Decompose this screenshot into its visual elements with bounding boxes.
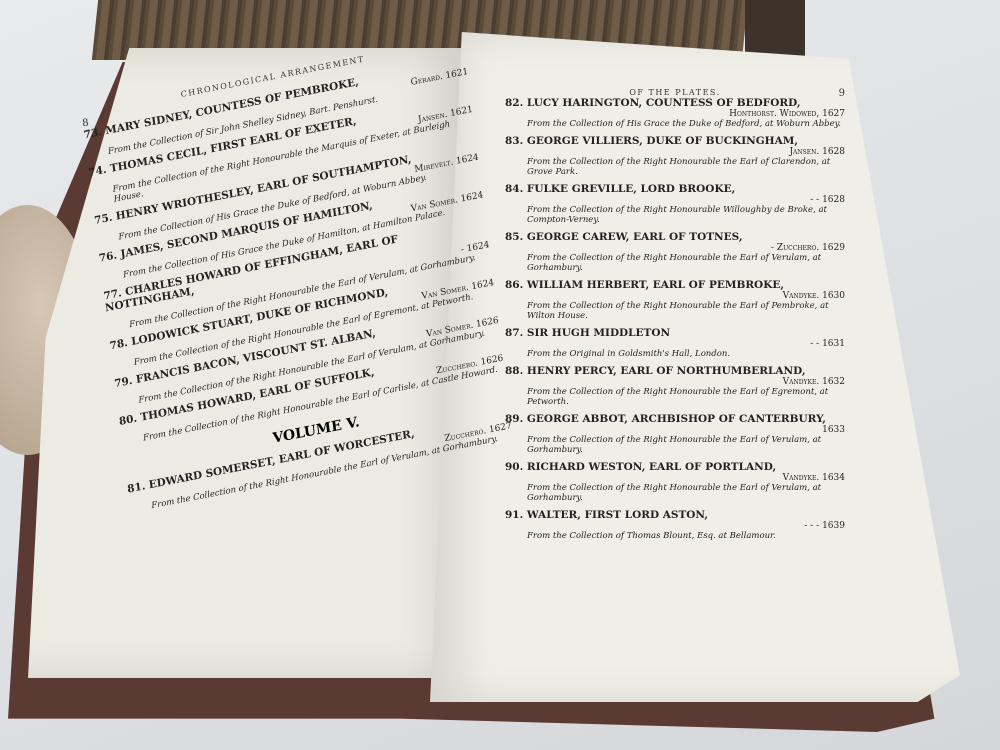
plate-entry: 91. Walter, First Lord Aston,- - - 1639F… (505, 509, 845, 541)
entry-artist-year: - - 1631 (810, 339, 845, 349)
entry-artist-year: - Zucchero. 1629 (771, 243, 845, 253)
plate-entry: 89. George Abbot, Archbishop of Canterbu… (505, 413, 845, 455)
entry-source: From the Collection of the Right Honoura… (505, 157, 845, 177)
entry-title: 86. William Herbert, Earl of Pembroke, (505, 279, 845, 291)
entry-source: From the Collection of the Right Honoura… (505, 387, 845, 407)
entry-title: 90. Richard Weston, Earl of Portland, (505, 461, 845, 473)
plate-entry: 82. Lucy Harington, Countess of Bedford,… (505, 97, 845, 129)
right-page-text: Of the Plates. 9 82. Lucy Harington, Cou… (505, 88, 845, 547)
entry-artist-year: Honthorst. Widowed, 1627 (729, 109, 845, 119)
page-number: 9 (839, 88, 845, 99)
entry-artist-year: - - 1628 (810, 195, 845, 205)
entry-artist-year: 1633 (822, 425, 845, 435)
entry-source: From the Collection of the Right Honoura… (505, 435, 845, 455)
entry-title: 91. Walter, First Lord Aston, (505, 509, 845, 521)
entry-title: 87. Sir Hugh Middleton (505, 327, 845, 339)
plate-entry: 83. George Villiers, Duke of Buckingham,… (505, 135, 845, 177)
plate-entry: 90. Richard Weston, Earl of Portland,Van… (505, 461, 845, 503)
entry-source: From the Collection of the Right Honoura… (505, 205, 845, 225)
left-page-text: Chronological Arrangement 8 73. Mary Sid… (81, 35, 532, 667)
entry-artist-year: - - - 1639 (804, 521, 845, 531)
plate-entry: 85. George Carew, Earl of Totnes,- Zucch… (505, 231, 845, 273)
plate-entry: 86. William Herbert, Earl of Pembroke,Va… (505, 279, 845, 321)
entry-source: From the Collection of the Right Honoura… (505, 301, 845, 321)
entry-title: 84. Fulke Greville, Lord Brooke, (505, 183, 845, 195)
running-head: Of the Plates. (505, 88, 845, 97)
entry-source: From the Collection of the Right Honoura… (505, 483, 845, 503)
entry-source: From the Collection of Thomas Blount, Es… (505, 531, 845, 541)
plate-entry: 88. Henry Percy, Earl of Northumberland,… (505, 365, 845, 407)
entry-title: 82. Lucy Harington, Countess of Bedford, (505, 97, 845, 109)
entry-artist-year: Vandyke. 1634 (783, 473, 845, 483)
plate-entry: 84. Fulke Greville, Lord Brooke,- - 1628… (505, 183, 845, 225)
entry-artist-year: Vandyke. 1632 (783, 377, 845, 387)
entry-artist-year: Vandyke. 1630 (783, 291, 845, 301)
entry-title: 85. George Carew, Earl of Totnes, (505, 231, 845, 243)
entry-artist-year: Jansen. 1628 (789, 147, 845, 157)
entry-source: From the Collection of the Right Honoura… (505, 253, 845, 273)
entry-title: 89. George Abbot, Archbishop of Canterbu… (505, 413, 845, 425)
entry-title: 88. Henry Percy, Earl of Northumberland, (505, 365, 845, 377)
entry-source: From the Original in Goldsmith's Hall, L… (505, 349, 845, 359)
plate-entry: 87. Sir Hugh Middleton- - 1631From the O… (505, 327, 845, 359)
entry-source: From the Collection of His Grace the Duk… (505, 119, 845, 129)
entry-title: 83. George Villiers, Duke of Buckingham, (505, 135, 845, 147)
